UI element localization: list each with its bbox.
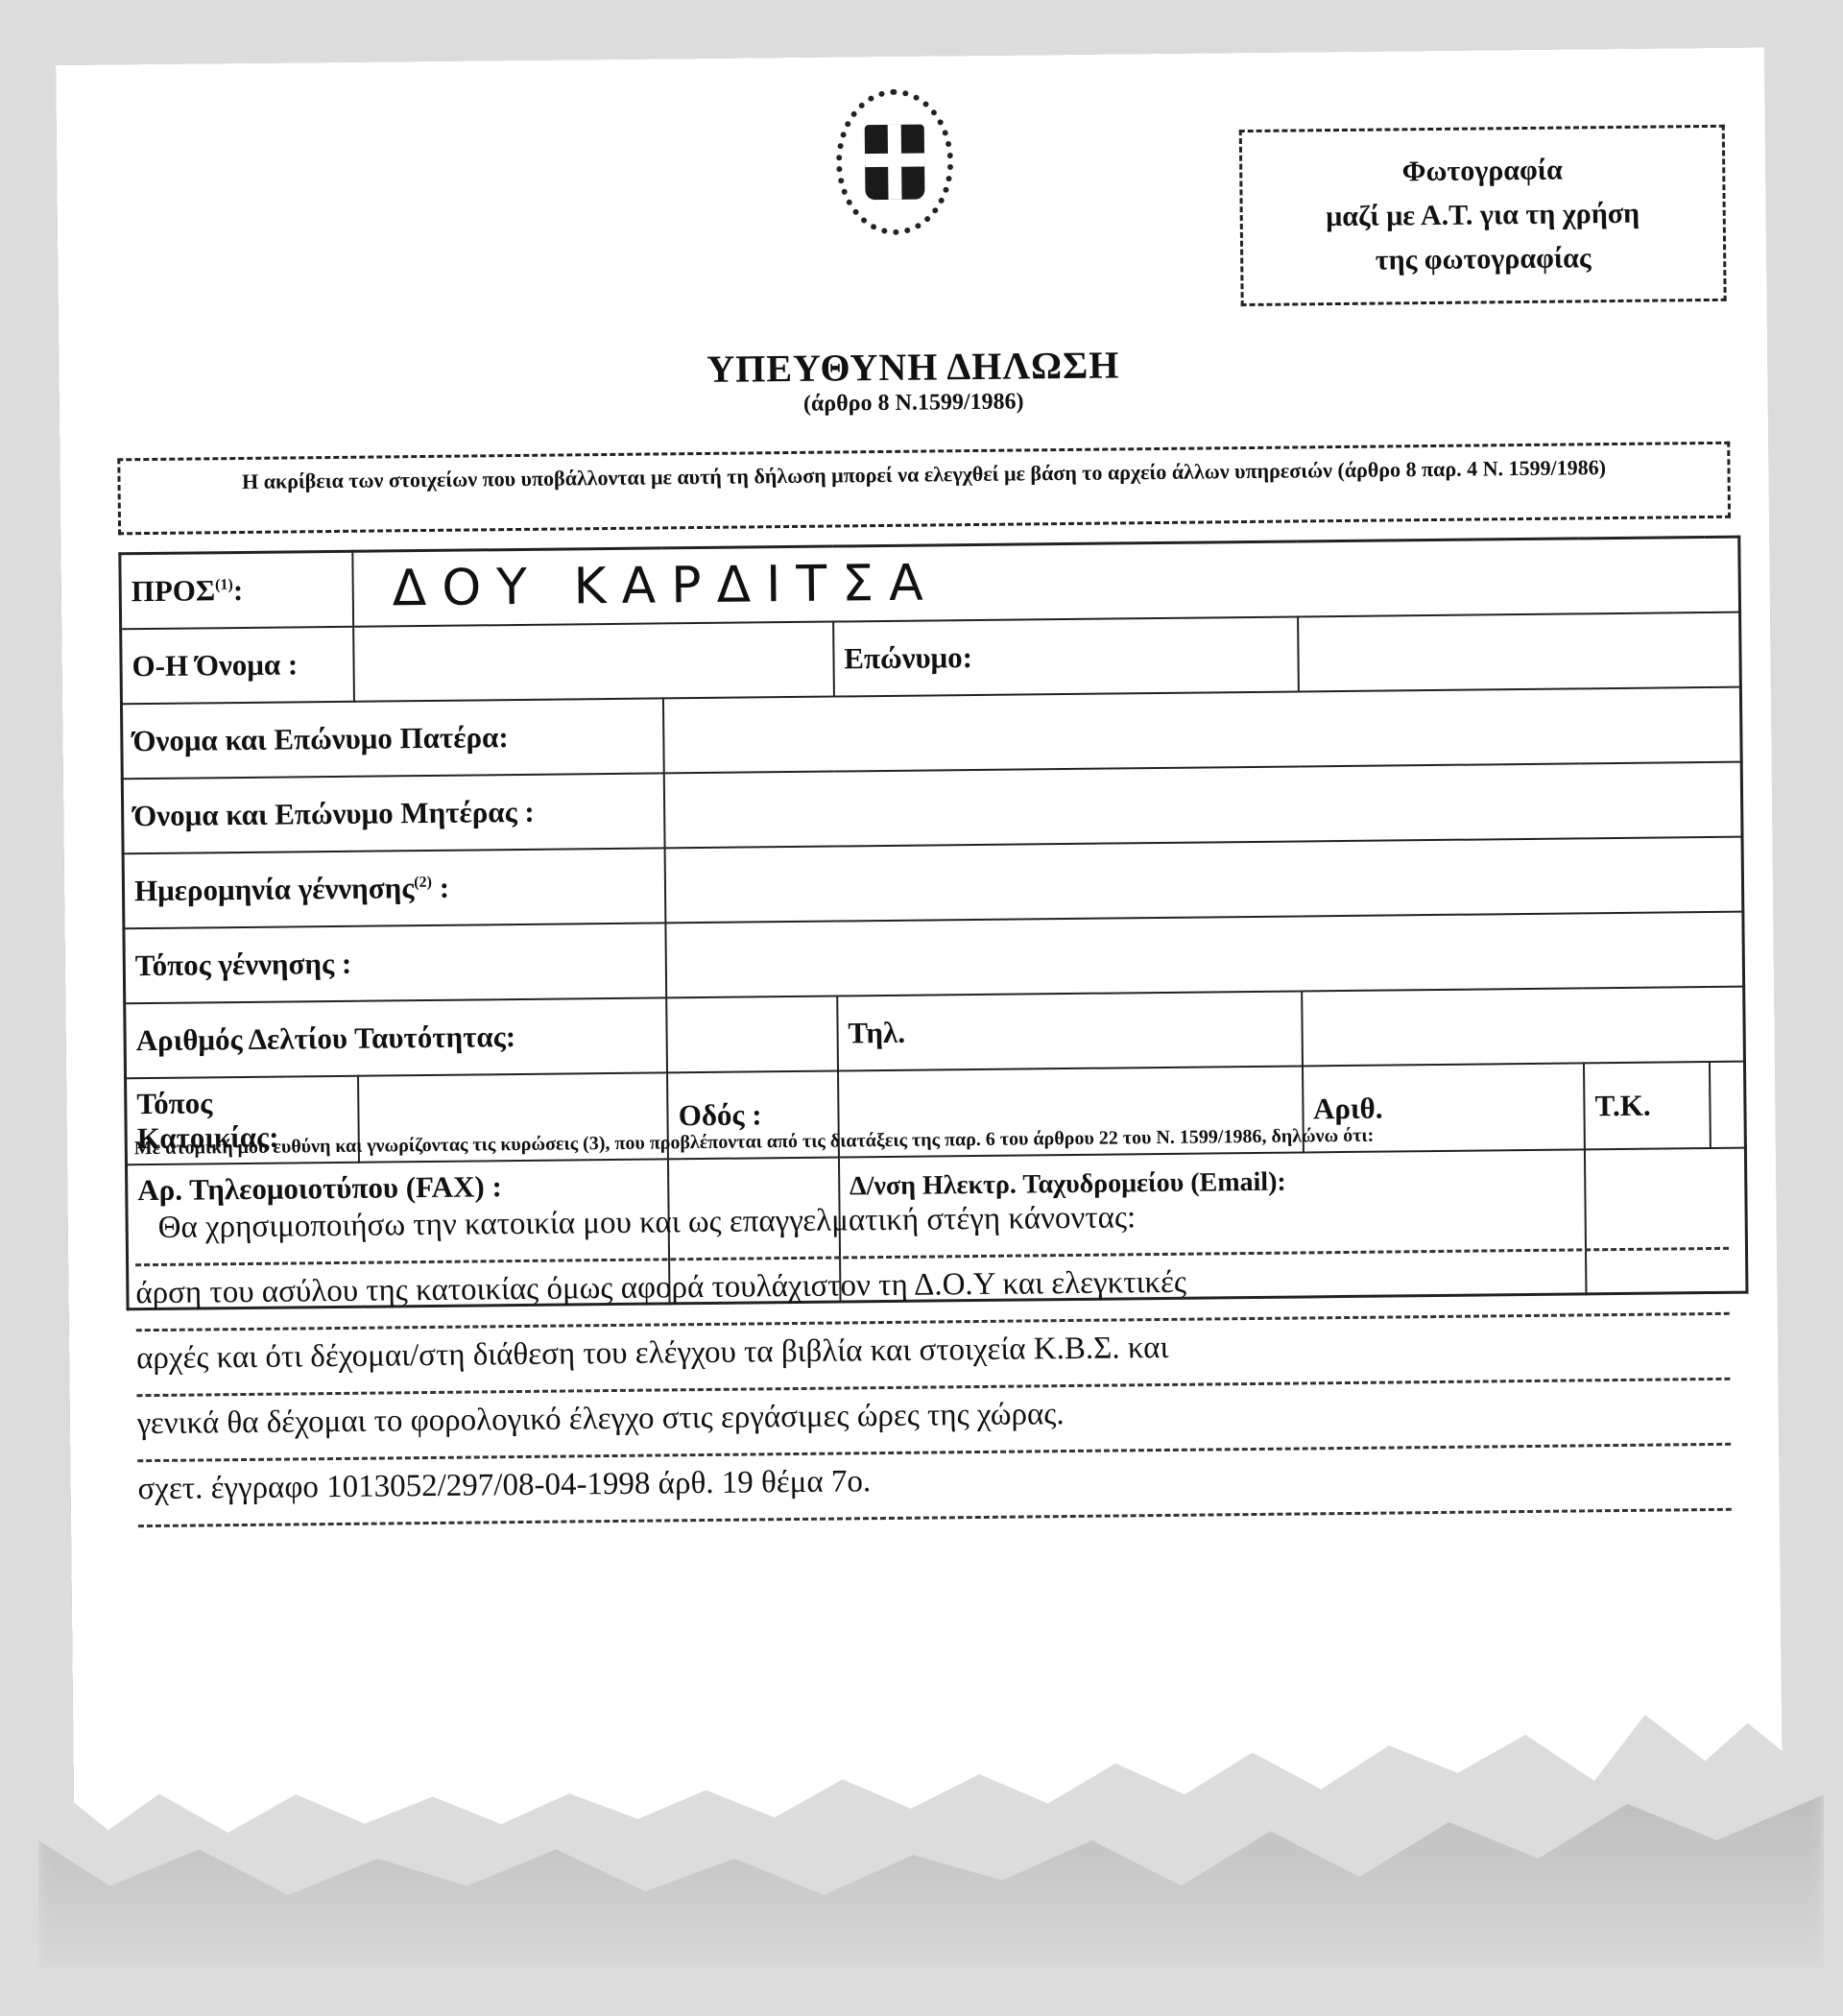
pob-field[interactable] <box>666 912 1744 998</box>
photo-box-line3: της φωτογραφίας <box>1376 236 1592 282</box>
to-label: ΠΡΟΣ(1): <box>120 551 353 629</box>
id-label: Αριθμός Δελτίου Ταυτότητας: <box>125 997 668 1078</box>
father-field[interactable] <box>663 687 1741 774</box>
father-label: Όνομα και Επώνυμο Πατέρα: <box>121 698 664 779</box>
dob-field[interactable] <box>665 837 1743 924</box>
photo-box-line1: Φωτογραφία <box>1401 149 1563 195</box>
document-page: Φωτογραφία μαζί με Α.Τ. για τη χρήση της… <box>56 47 1783 1937</box>
declaration-statement: Θα χρησιμοποιήσω την κατοικία μου και ως… <box>134 1185 1731 1527</box>
first-name-label: Ο-Η Όνομα : <box>121 627 354 705</box>
cross-shield-icon <box>865 125 925 201</box>
surname-field[interactable] <box>1298 612 1741 692</box>
id-field[interactable] <box>666 996 837 1073</box>
first-name-field[interactable] <box>353 622 834 702</box>
photo-box: Φωτογραφία μαζί με Α.Τ. για τη χρήση της… <box>1239 125 1727 306</box>
phone-field[interactable] <box>1302 987 1745 1067</box>
to-field[interactable]: ΔΟΥ ΚΑΡΔΙΤΣΑ <box>352 537 1739 627</box>
surname-label: Επώνυμο: <box>833 616 1299 696</box>
greek-coat-of-arms-icon <box>835 88 954 235</box>
mother-field[interactable] <box>664 762 1742 849</box>
photo-box-line2: μαζί με Α.Τ. για τη χρήση <box>1326 192 1640 239</box>
accuracy-notice: Η ακρίβεια των στοιχείων που υποβάλλοντα… <box>117 442 1731 536</box>
torn-edge-shadow <box>38 1786 1824 1968</box>
phone-label: Τηλ. <box>837 991 1303 1070</box>
dob-label: Ημερομηνία γέννησης(2) : <box>123 848 666 928</box>
mother-label: Όνομα και Επώνυμο Μητέρας : <box>122 773 665 853</box>
pob-label: Τόπος γέννησης : <box>124 923 667 1003</box>
